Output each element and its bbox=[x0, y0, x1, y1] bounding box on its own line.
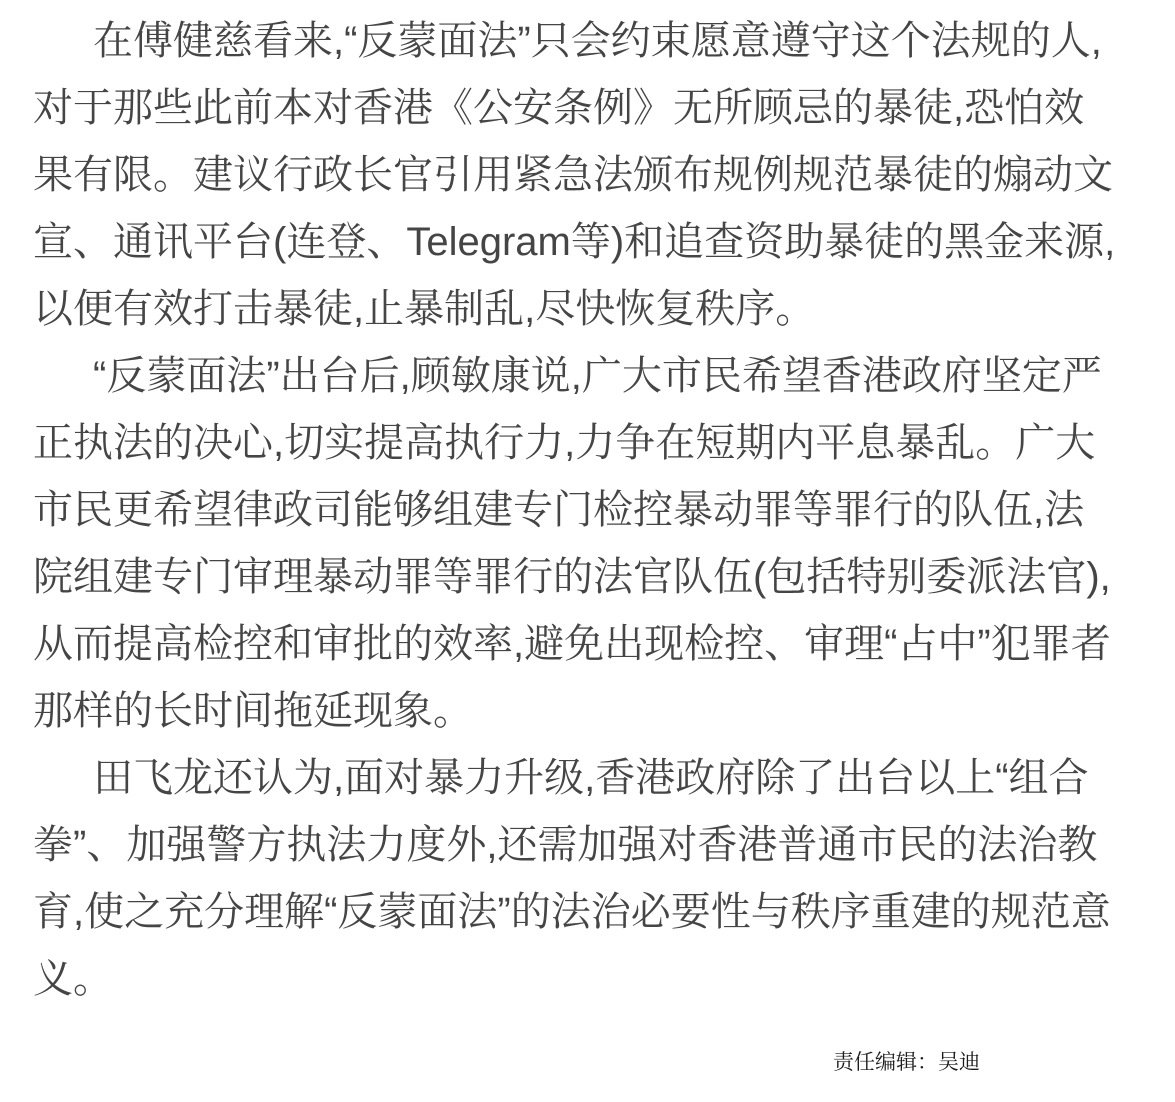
paragraph-line: “反蒙面法”出台后,顾敏康说,广大市民希望香港政府坚定严 bbox=[33, 343, 1063, 410]
paragraph-line: 从而提高检控和审批的效率,避免出现检控、审理“占中”犯罪者 bbox=[33, 611, 1063, 678]
paragraph: 田飞龙还认为,面对暴力升级,香港政府除了出台以上“组合 拳”、加强警方执法力度外… bbox=[33, 745, 1063, 1013]
article-body: 在傅健慈看来,“反蒙面法”只会约束愿意遵守这个法规的人, 对于那些此前本对香港《… bbox=[33, 8, 1063, 1013]
paragraph-line: 义。 bbox=[33, 946, 1063, 1013]
article-page: 在傅健慈看来,“反蒙面法”只会约束愿意遵守这个法规的人, 对于那些此前本对香港《… bbox=[0, 0, 1175, 1102]
paragraph-line: 田飞龙还认为,面对暴力升级,香港政府除了出台以上“组合 bbox=[33, 745, 1063, 812]
paragraph-line: 在傅健慈看来,“反蒙面法”只会约束愿意遵守这个法规的人, bbox=[33, 8, 1063, 75]
paragraph-line: 以便有效打击暴徒,止暴制乱,尽快恢复秩序。 bbox=[33, 276, 1063, 343]
paragraph-line: 市民更希望律政司能够组建专门检控暴动罪等罪行的队伍,法 bbox=[33, 477, 1063, 544]
paragraph-line: 正执法的决心,切实提高执行力,力争在短期内平息暴乱。广大 bbox=[33, 410, 1063, 477]
paragraph-line: 院组建专门审理暴动罪等罪行的法官队伍(包括特别委派法官), bbox=[33, 544, 1063, 611]
paragraph: 在傅健慈看来,“反蒙面法”只会约束愿意遵守这个法规的人, 对于那些此前本对香港《… bbox=[33, 8, 1063, 343]
paragraph-line: 那样的长时间拖延现象。 bbox=[33, 678, 1063, 745]
paragraph-line: 拳”、加强警方执法力度外,还需加强对香港普通市民的法治教 bbox=[33, 812, 1063, 879]
editor-credit: 责任编辑：吴迪 bbox=[833, 1047, 980, 1078]
paragraph-line: 育,使之充分理解“反蒙面法”的法治必要性与秩序重建的规范意 bbox=[33, 879, 1063, 946]
paragraph-line: 果有限。建议行政长官引用紧急法颁布规例规范暴徒的煽动文 bbox=[33, 142, 1063, 209]
paragraph-line: 对于那些此前本对香港《公安条例》无所顾忌的暴徒,恐怕效 bbox=[33, 75, 1063, 142]
paragraph: “反蒙面法”出台后,顾敏康说,广大市民希望香港政府坚定严 正执法的决心,切实提高… bbox=[33, 343, 1063, 745]
paragraph-line: 宣、通讯平台(连登、Telegram等)和追查资助暴徒的黑金来源, bbox=[33, 209, 1063, 276]
